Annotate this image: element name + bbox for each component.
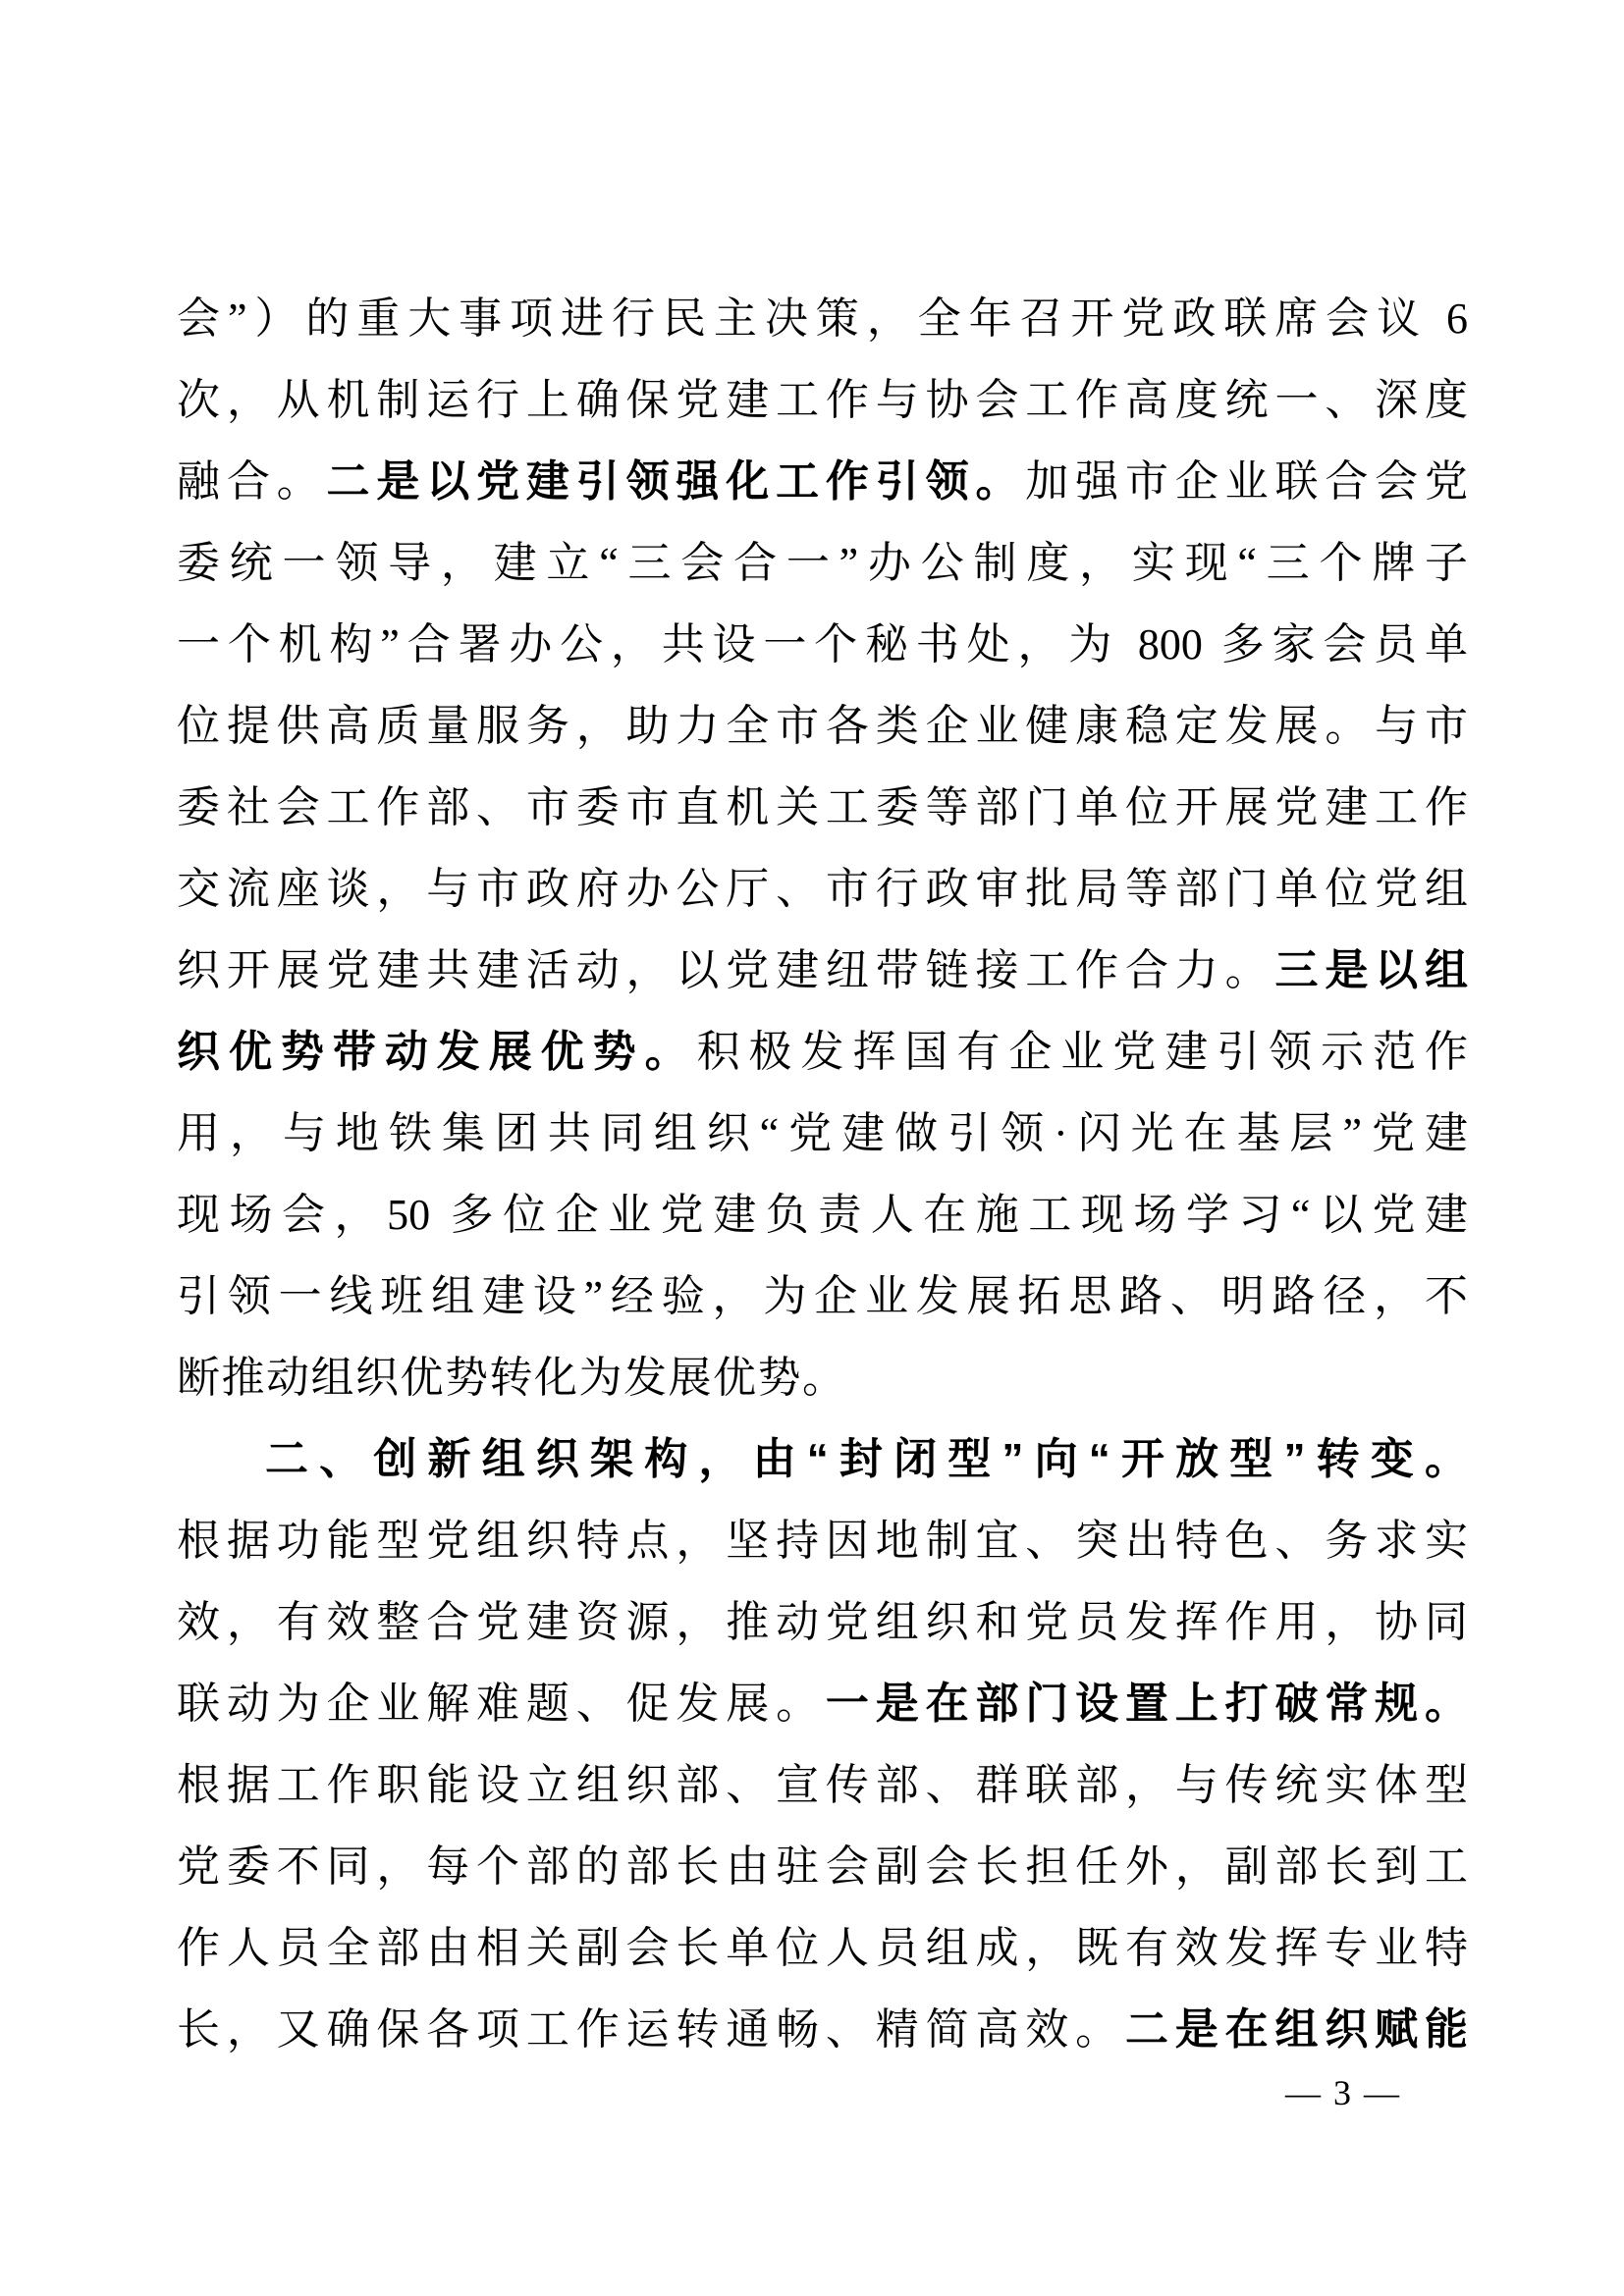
text-segment: 积极发挥国有企业党建引领示范作 bbox=[697, 1028, 1468, 1076]
text-line: 委社会工作部、市委市直机关工委等部门单位开展党建工作 bbox=[177, 767, 1468, 848]
text-segment: 作人员全部由相关副会长单位人员组成，既有效发挥专业特 bbox=[177, 1924, 1468, 1972]
text-segment: 委统一领导，建立“三会合一”办公制度，实现“三个牌子 bbox=[177, 539, 1468, 587]
text-segment: 一是在部门设置上打破常规。 bbox=[826, 1680, 1468, 1728]
text-line: 用，与地铁集团共同组织“党建做引领·闪光在基层”党建 bbox=[177, 1093, 1468, 1174]
text-segment: 委社会工作部、市委市直机关工委等部门单位开展党建工作 bbox=[177, 783, 1468, 831]
paragraph-1: 会”）的重大事项进行民主决策，全年召开党政联席会议 6次，从机制运行上确保党建工… bbox=[177, 278, 1468, 1418]
text-segment: 根据工作职能设立组织部、宣传部、群联部，与传统实体型 bbox=[177, 1761, 1468, 1809]
text-line: 效，有效整合党建资源，推动党组织和党员发挥作用，协同 bbox=[177, 1581, 1468, 1663]
text-segment: 融合。 bbox=[177, 457, 327, 506]
text-segment: 织开展党建共建活动，以党建纽带链接工作合力。 bbox=[177, 946, 1274, 994]
text-segment: 交流座谈，与市政府办公厅、市行政审批局等部门单位党组 bbox=[177, 865, 1468, 913]
text-line: 二、创新组织架构，由“封闭型”向“开放型”转变。 bbox=[177, 1418, 1468, 1500]
text-line: 融合。二是以党建引领强化工作引领。加强市企业联合会党 bbox=[177, 441, 1468, 522]
text-line: 党委不同，每个部的部长由驻会副会长担任外，副部长到工 bbox=[177, 1826, 1468, 1907]
text-segment: 党委不同，每个部的部长由驻会副会长担任外，副部长到工 bbox=[177, 1842, 1468, 1891]
text-segment: 加强市企业联合会党 bbox=[1025, 457, 1468, 506]
page-number: — 3 — bbox=[1285, 2073, 1401, 2112]
text-segment: 引领一线班组建设”经验，为企业发展拓思路、明路径，不 bbox=[177, 1272, 1468, 1320]
document-page: 会”）的重大事项进行民主决策，全年召开党政联席会议 6次，从机制运行上确保党建工… bbox=[0, 0, 1624, 2296]
text-segment: 二是在组织赋能 bbox=[1125, 2005, 1468, 2054]
text-segment: 位提供高质量服务，助力全市各类企业健康稳定发展。与市 bbox=[177, 702, 1468, 750]
text-line: 会”）的重大事项进行民主决策，全年召开党政联席会议 6 bbox=[177, 278, 1468, 359]
text-segment: 一个机构”合署办公，共设一个秘书处，为 800 多家会员单 bbox=[177, 620, 1468, 668]
text-segment: 用，与地铁集团共同组织“党建做引领·闪光在基层”党建 bbox=[177, 1109, 1468, 1157]
text-line: 次，从机制运行上确保党建工作与协会工作高度统一、深度 bbox=[177, 359, 1468, 441]
text-line: 断推动组织优势转化为发展优势。 bbox=[177, 1337, 1468, 1418]
text-segment: 二是以党建引领强化工作引领。 bbox=[327, 457, 1026, 506]
text-line: 位提供高质量服务，助力全市各类企业健康稳定发展。与市 bbox=[177, 685, 1468, 767]
text-segment: 现场会，50 多位企业党建负责人在施工现场学习“以党建 bbox=[177, 1191, 1468, 1239]
text-segment: 会”）的重大事项进行民主决策，全年召开党政联席会议 6 bbox=[177, 294, 1468, 343]
text-line: 委统一领导，建立“三会合一”办公制度，实现“三个牌子 bbox=[177, 522, 1468, 604]
text-line: 一个机构”合署办公，共设一个秘书处，为 800 多家会员单 bbox=[177, 604, 1468, 685]
text-line: 根据工作职能设立组织部、宣传部、群联部，与传统实体型 bbox=[177, 1744, 1468, 1826]
text-segment: 根据功能型党组织特点，坚持因地制宜、突出特色、务求实 bbox=[177, 1517, 1468, 1565]
text-segment: 长，又确保各项工作运转通畅、精简高效。 bbox=[177, 2005, 1125, 2054]
text-segment: 三是以组 bbox=[1274, 946, 1468, 994]
text-line: 长，又确保各项工作运转通畅、精简高效。二是在组织赋能 bbox=[177, 1989, 1468, 2070]
text-segment: 联动为企业解难题、促发展。 bbox=[177, 1680, 826, 1728]
text-line: 根据功能型党组织特点，坚持因地制宜、突出特色、务求实 bbox=[177, 1500, 1468, 1581]
text-line: 现场会，50 多位企业党建负责人在施工现场学习“以党建 bbox=[177, 1174, 1468, 1255]
text-line: 引领一线班组建设”经验，为企业发展拓思路、明路径，不 bbox=[177, 1255, 1468, 1337]
document-body: 会”）的重大事项进行民主决策，全年召开党政联席会议 6次，从机制运行上确保党建工… bbox=[177, 278, 1468, 2070]
text-segment: 断推动组织优势转化为发展优势。 bbox=[177, 1354, 847, 1402]
section-heading: 二、创新组织架构，由“封闭型”向“开放型”转变。 bbox=[265, 1435, 1468, 1483]
text-line: 交流座谈，与市政府办公厅、市行政审批局等部门单位党组 bbox=[177, 848, 1468, 930]
text-segment: 效，有效整合党建资源，推动党组织和党员发挥作用，协同 bbox=[177, 1598, 1468, 1646]
text-segment: 织优势带动发展优势。 bbox=[177, 1028, 697, 1076]
text-line: 作人员全部由相关副会长单位人员组成，既有效发挥专业特 bbox=[177, 1907, 1468, 1989]
text-segment: 次，从机制运行上确保党建工作与协会工作高度统一、深度 bbox=[177, 376, 1468, 424]
text-line: 联动为企业解难题、促发展。一是在部门设置上打破常规。 bbox=[177, 1663, 1468, 1744]
text-line: 织优势带动发展优势。积极发挥国有企业党建引领示范作 bbox=[177, 1011, 1468, 1093]
paragraph-2: 二、创新组织架构，由“封闭型”向“开放型”转变。根据功能型党组织特点，坚持因地制… bbox=[177, 1418, 1468, 2070]
text-line: 织开展党建共建活动，以党建纽带链接工作合力。三是以组 bbox=[177, 930, 1468, 1011]
